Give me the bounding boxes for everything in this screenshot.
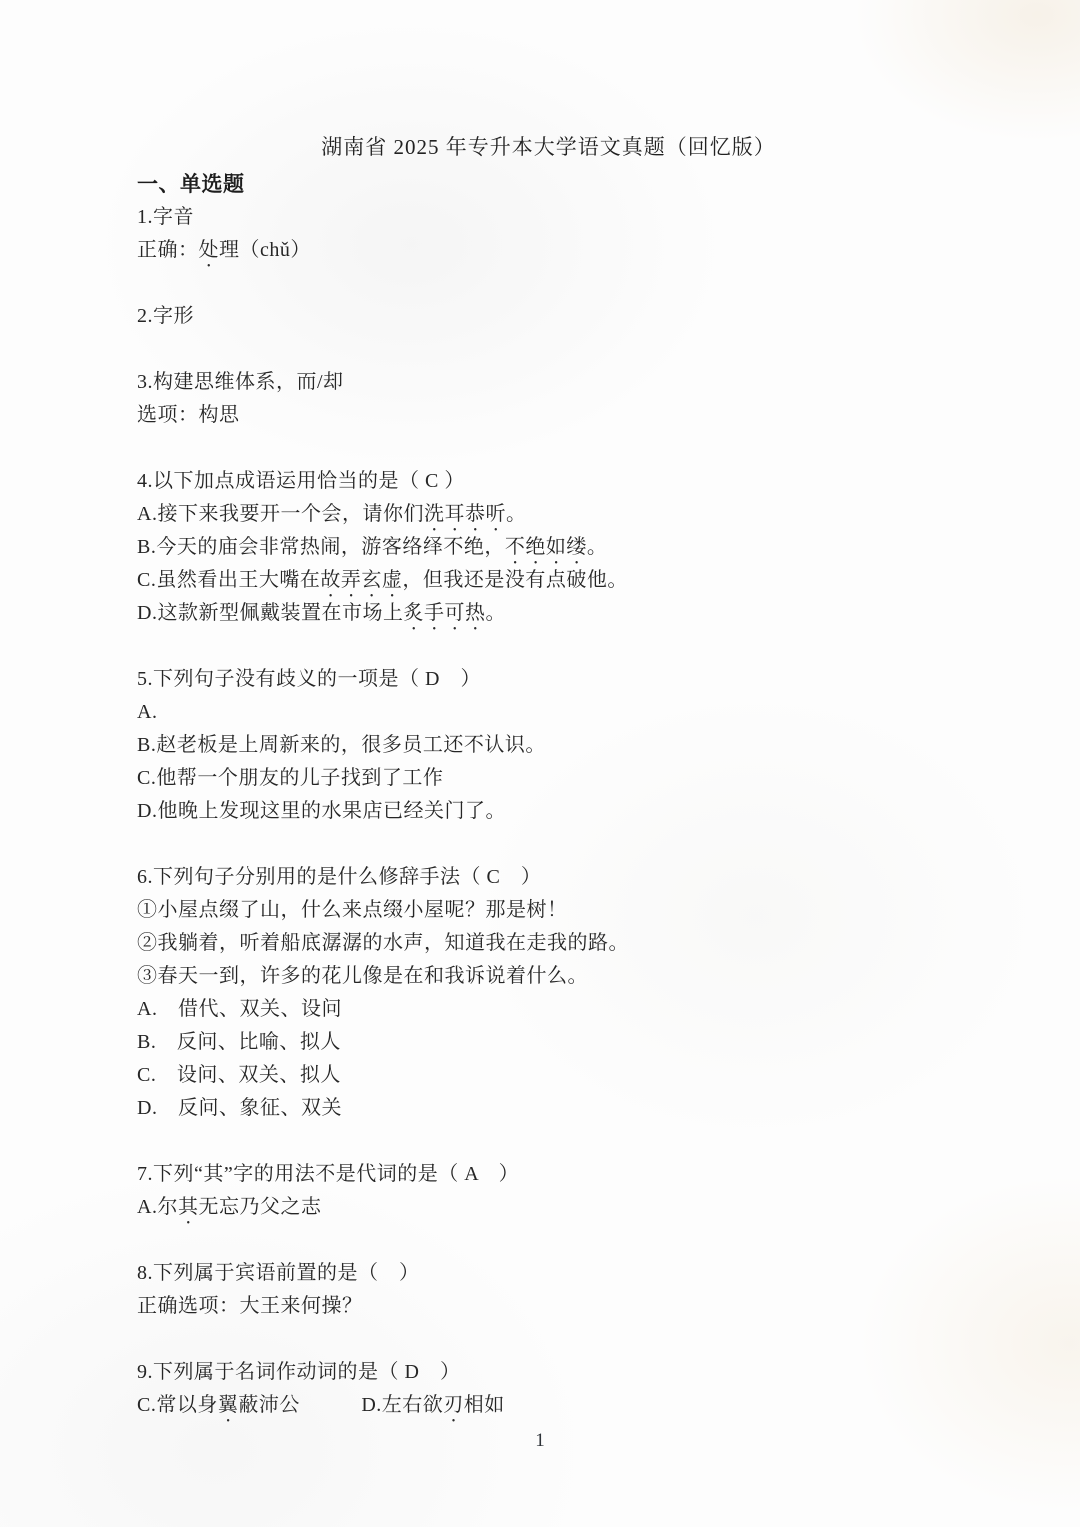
text-segment: A. [137, 701, 157, 723]
text-segment: 理（chǔ） [219, 239, 311, 261]
text-segment: 正确选项：大王来何操？ [137, 1295, 363, 1317]
text-segment: 。 [506, 503, 527, 525]
doc-line: 1.字音 [137, 201, 960, 234]
text-segment: 一、单选题 [137, 172, 245, 196]
text-segment: A.接下来我要开一个会，请你们 [137, 503, 424, 525]
doc-line: 8.下列属于宾语前置的是（ ） [137, 1257, 960, 1290]
text-segment: 5.下列句子没有歧义的一项是（ D ） [137, 668, 481, 690]
emphasized-text: 不绝如缕 [505, 536, 587, 558]
emphasized-text: 翼 [218, 1394, 239, 1416]
text-segment: 1.字音 [137, 206, 194, 228]
text-segment: 4.以下加点成语运用恰当的是（ C ） [137, 470, 465, 492]
text-segment: B. 反问、比喻、拟人 [137, 1031, 341, 1053]
doc-line: 正确：处理（chǔ） [137, 234, 960, 267]
text-segment: ①小屋点缀了山，什么来点缀小屋呢？那是树！ [137, 899, 568, 921]
emphasized-text: 洗耳恭听 [424, 503, 506, 525]
text-segment: 8.下列属于宾语前置的是（ ） [137, 1262, 420, 1284]
doc-line: 正确选项：大王来何操？ [137, 1290, 960, 1323]
doc-line: D. 反问、象征、双关 [137, 1092, 960, 1125]
doc-line: 3.构建思维体系，而/却 [137, 366, 960, 399]
text-segment: 。 [485, 602, 506, 624]
doc-line: 9.下列属于名词作动词的是（ D ） [137, 1356, 960, 1389]
doc-line: A.尔其无忘乃父之志 [137, 1191, 960, 1224]
doc-line: C.虽然看出王大嘴在故弄玄虚，但我还是没有点破他。 [137, 564, 960, 597]
text-segment: B.今天的庙会非常热闹，游客络绎不绝， [137, 536, 505, 558]
text-segment: D.这款新型佩戴装置在市场上 [137, 602, 403, 624]
page-number: 1 [0, 1430, 1080, 1452]
text-segment: 无忘乃父之志 [198, 1196, 321, 1218]
doc-line: 2.字形 [137, 300, 960, 333]
text-segment: 3.构建思维体系，而/却 [137, 371, 344, 393]
section-heading: 一、单选题 [137, 168, 960, 201]
document-title: 湖南省 2025 年专升本大学语文真题（回忆版） [137, 130, 960, 168]
doc-line: ③春天一到，许多的花儿像是在和我诉说着什么。 [137, 960, 960, 993]
doc-line: B. 反问、比喻、拟人 [137, 1026, 960, 1059]
blank-line [137, 630, 960, 663]
text-segment: 蔽沛公 [238, 1394, 300, 1416]
text-segment: D.左右欲 [361, 1394, 443, 1416]
text-segment: 6.下列句子分别用的是什么修辞手法（ C ） [137, 866, 541, 888]
text-segment: 相如 [464, 1394, 505, 1416]
doc-line: 6.下列句子分别用的是什么修辞手法（ C ） [137, 861, 960, 894]
document-lines: 湖南省 2025 年专升本大学语文真题（回忆版）一、单选题1.字音正确：处理（c… [137, 130, 960, 1422]
text-segment: 湖南省 2025 年专升本大学语文真题（回忆版） [321, 135, 776, 159]
doc-line: 4.以下加点成语运用恰当的是（ C ） [137, 465, 960, 498]
doc-line: B.今天的庙会非常热闹，游客络绎不绝，不绝如缕。 [137, 531, 960, 564]
doc-line: A. 借代、双关、设问 [137, 993, 960, 1026]
text-segment: 正确： [137, 239, 199, 261]
blank-line [137, 828, 960, 861]
emphasized-text: 刃 [443, 1394, 464, 1416]
blank-line [137, 267, 960, 300]
blank-line [137, 1125, 960, 1158]
text-segment: C. 设问、双关、拟人 [137, 1064, 341, 1086]
text-segment: ②我躺着，听着船底潺潺的水声，知道我在走我的路。 [137, 932, 629, 954]
doc-line: 5.下列句子没有歧义的一项是（ D ） [137, 663, 960, 696]
text-segment: D.他晚上发现这里的水果店已经关门了。 [137, 800, 506, 822]
blank-line [137, 333, 960, 366]
doc-line: C.常以身翼蔽沛公 D.左右欲刃相如 [137, 1389, 960, 1422]
scanned-exam-page: 湖南省 2025 年专升本大学语文真题（回忆版）一、单选题1.字音正确：处理（c… [0, 0, 1080, 1527]
text-segment: B.赵老板是上周新来的，很多员工还不认识。 [137, 734, 546, 756]
text-segment: D. 反问、象征、双关 [137, 1097, 342, 1119]
doc-line: A.接下来我要开一个会，请你们洗耳恭听。 [137, 498, 960, 531]
emphasized-text: 炙手可热 [403, 602, 485, 624]
text-segment: 选项：构思 [137, 404, 240, 426]
doc-line: 7.下列“其”字的用法不是代词的是（ A ） [137, 1158, 960, 1191]
text-segment: A. 借代、双关、设问 [137, 998, 342, 1020]
text-segment: A.尔 [137, 1196, 178, 1218]
emphasized-text: 其 [178, 1196, 199, 1218]
text-segment [300, 1394, 362, 1416]
text-segment: 2.字形 [137, 305, 194, 327]
text-segment: 7.下列“其”字的用法不是代词的是（ A ） [137, 1163, 519, 1185]
text-segment: C.常以身 [137, 1394, 218, 1416]
doc-line: 选项：构思 [137, 399, 960, 432]
doc-line: B.赵老板是上周新来的，很多员工还不认识。 [137, 729, 960, 762]
text-segment: 。 [587, 536, 608, 558]
doc-line: D.这款新型佩戴装置在市场上炙手可热。 [137, 597, 960, 630]
doc-line: ②我躺着，听着船底潺潺的水声，知道我在走我的路。 [137, 927, 960, 960]
emphasized-text: 处 [199, 239, 220, 261]
text-segment: ③春天一到，许多的花儿像是在和我诉说着什么。 [137, 965, 588, 987]
blank-line [137, 1323, 960, 1356]
doc-line: ①小屋点缀了山，什么来点缀小屋呢？那是树！ [137, 894, 960, 927]
doc-line: A. [137, 696, 960, 729]
text-segment: C.虽然看出王大嘴在 [137, 569, 320, 591]
emphasized-text: 故弄玄虚 [320, 569, 402, 591]
blank-line [137, 432, 960, 465]
text-segment: C.他帮一个朋友的儿子找到了工作 [137, 767, 443, 789]
text-segment: ，但我还是没有点破他。 [402, 569, 628, 591]
text-segment: 9.下列属于名词作动词的是（ D ） [137, 1361, 460, 1383]
doc-line: C. 设问、双关、拟人 [137, 1059, 960, 1092]
doc-line: D.他晚上发现这里的水果店已经关门了。 [137, 795, 960, 828]
doc-line: C.他帮一个朋友的儿子找到了工作 [137, 762, 960, 795]
blank-line [137, 1224, 960, 1257]
